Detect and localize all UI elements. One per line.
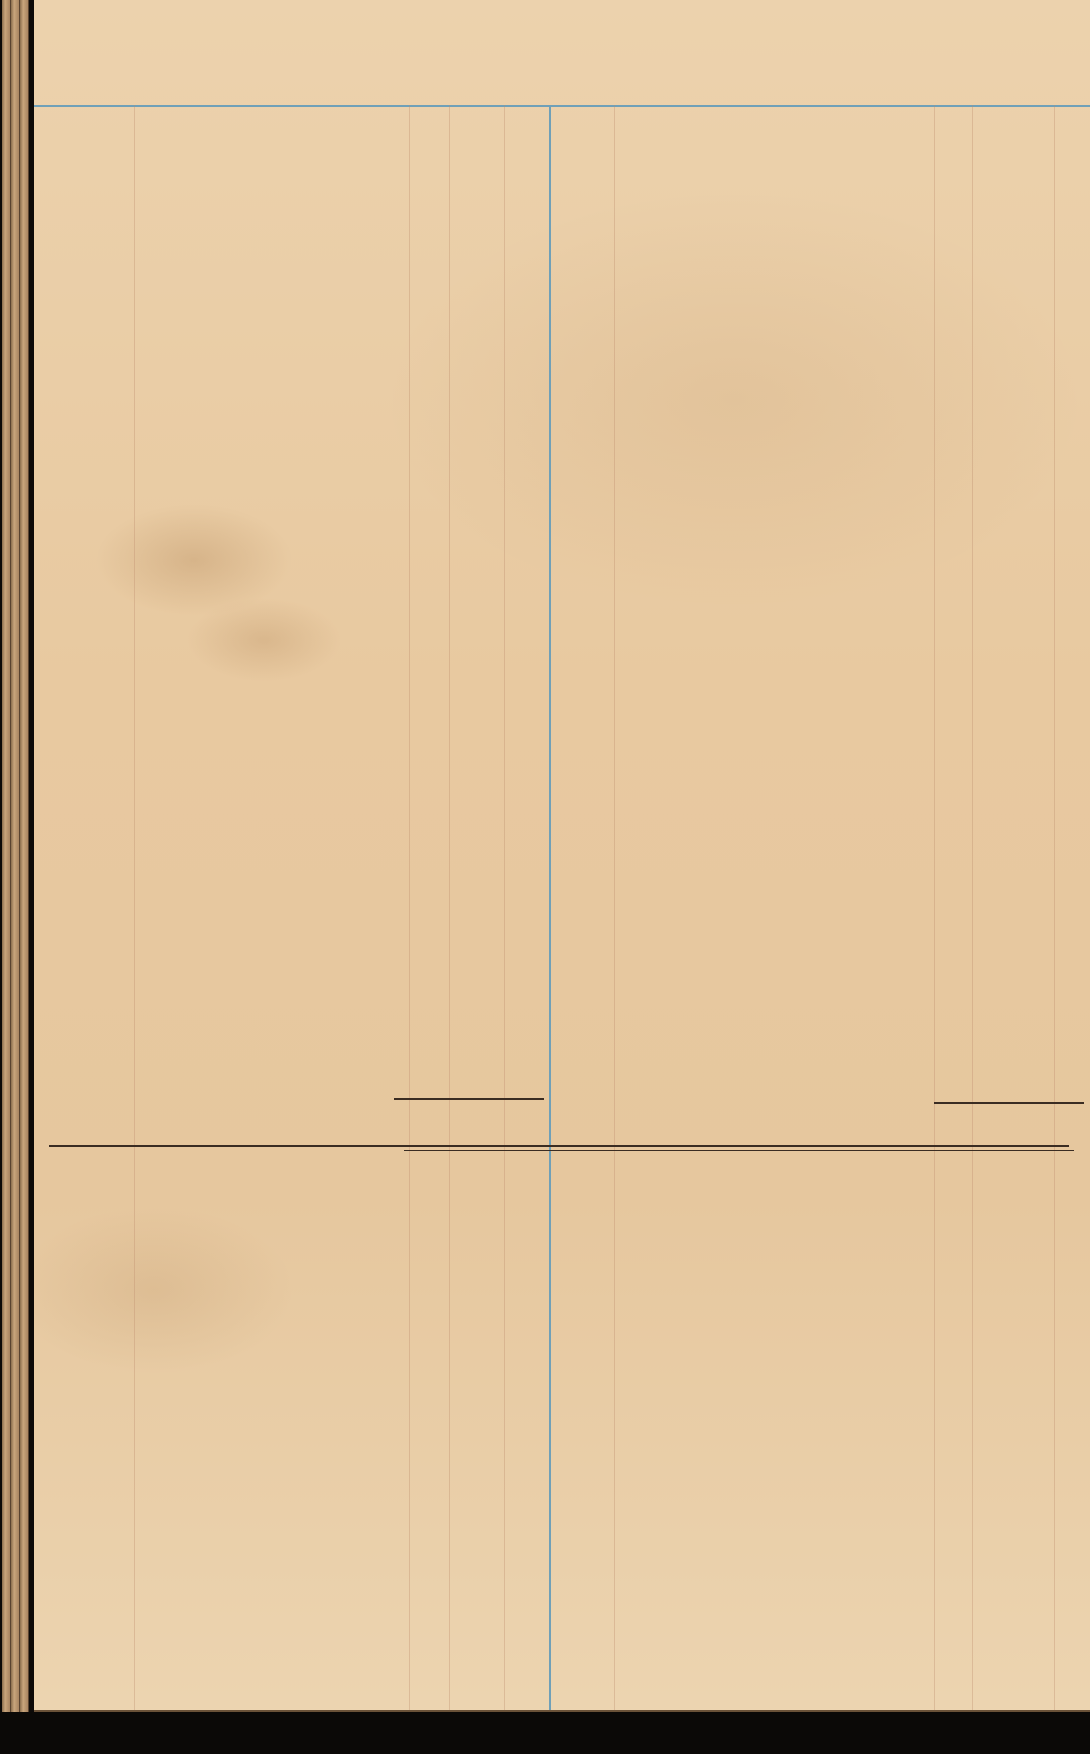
total-rule bbox=[934, 1102, 1084, 1104]
section-divider bbox=[49, 1145, 1069, 1147]
total-rule bbox=[394, 1098, 544, 1100]
column-line bbox=[934, 105, 935, 1710]
column-line bbox=[449, 105, 450, 1710]
page-edge bbox=[20, 0, 29, 1712]
column-line bbox=[409, 105, 410, 1710]
column-line bbox=[504, 105, 505, 1710]
header-rule bbox=[34, 105, 1090, 107]
page-edge bbox=[11, 0, 20, 1712]
column-line bbox=[614, 105, 615, 1710]
column-line bbox=[972, 105, 973, 1710]
column-line bbox=[134, 105, 135, 1710]
ledger-page-stack bbox=[0, 0, 1090, 1712]
scan-background bbox=[0, 1712, 1090, 1754]
center-rule bbox=[549, 105, 551, 1710]
section-divider bbox=[404, 1150, 1074, 1151]
page-edge bbox=[2, 0, 11, 1712]
column-line bbox=[1054, 105, 1055, 1710]
ledger-page bbox=[34, 0, 1090, 1712]
